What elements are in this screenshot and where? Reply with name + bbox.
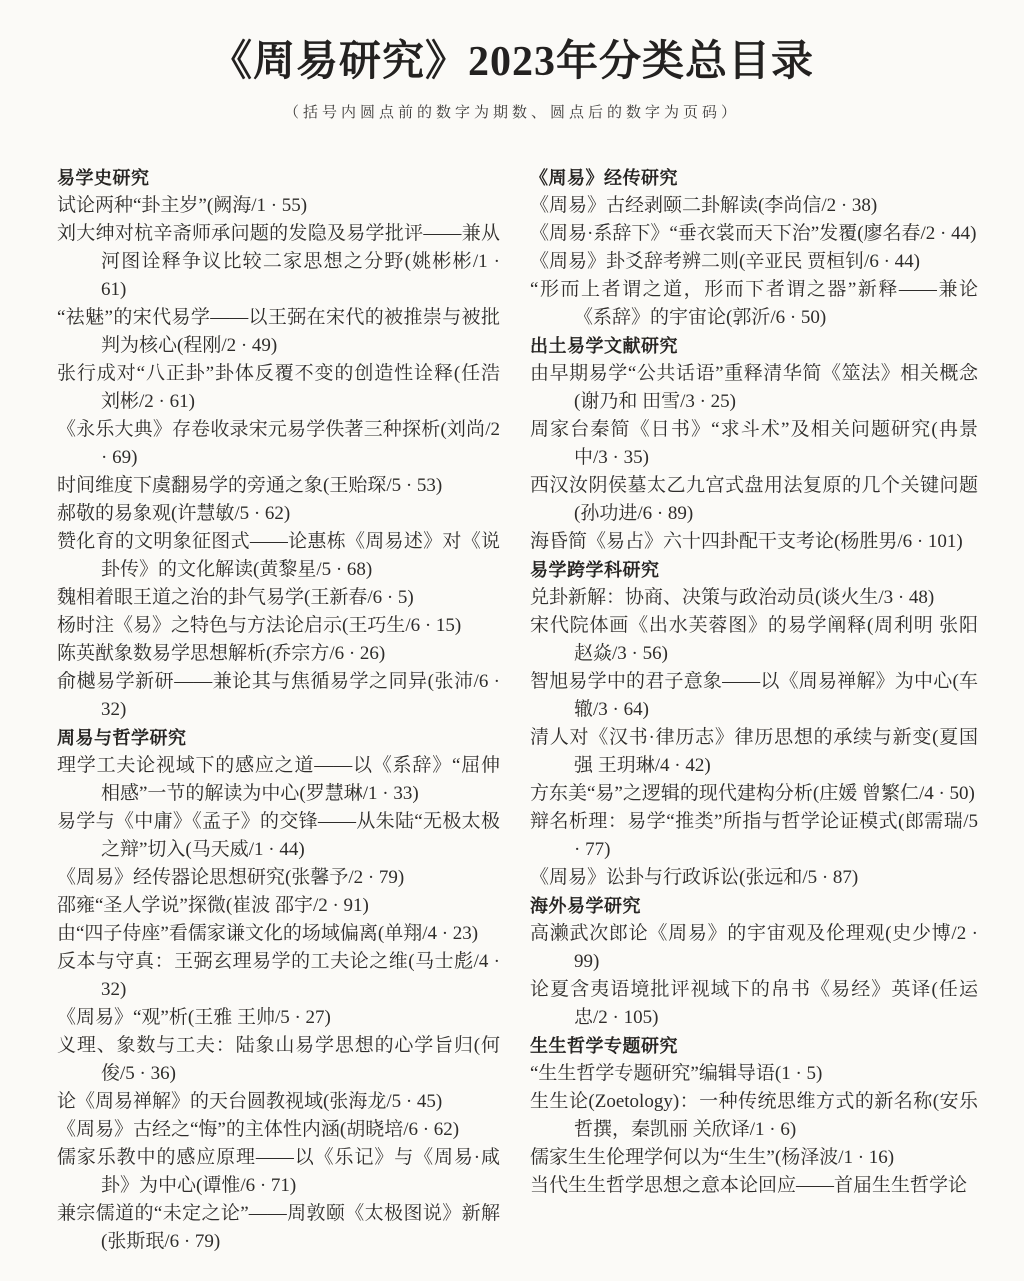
page-title: 《周易研究》2023年分类总目录 [0,0,1024,88]
section-heading: 生生哲学专题研究 [530,1032,978,1060]
toc-entry: 魏相着眼王道之治的卦气易学(王新春/6 · 5) [57,584,500,612]
toc-entry: 儒家生生伦理学何以为“生生”(杨泽波/1 · 16) [530,1144,978,1172]
toc-entry: 俞樾易学新研——兼论其与焦循易学之同异(张沛/6 · 32) [57,668,500,724]
section-heading: 海外易学研究 [530,892,978,920]
toc-entry: 《周易》古经之“悔”的主体性内涵(胡晓培/6 · 62) [57,1116,500,1144]
toc-entry: 论《周易禅解》的天台圆教视域(张海龙/5 · 45) [57,1088,500,1116]
toc-entry: 《周易》讼卦与行政诉讼(张远和/5 · 87) [530,864,978,892]
toc-entry: 时间维度下虞翻易学的旁通之象(王贻琛/5 · 53) [57,472,500,500]
toc-entry: 郝敬的易象观(许慧敏/5 · 62) [57,500,500,528]
toc-entry: 当代生生哲学思想之意本论回应——首届生生哲学论 [530,1172,978,1200]
toc-entry: 儒家乐教中的感应原理——以《乐记》与《周易·咸卦》为中心(谭惟/6 · 71) [57,1144,500,1200]
toc-entry: 赞化育的文明象征图式——论惠栋《周易述》对《说卦传》的文化解读(黄黎星/5 · … [57,528,500,584]
toc-entry: 方东美“易”之逻辑的现代建构分析(庄媛 曾繁仁/4 · 50) [530,780,978,808]
page-subtitle: （括号内圆点前的数字为期数、圆点后的数字为页码） [0,101,1024,122]
section-heading: 周易与哲学研究 [57,724,500,752]
toc-entry: 理学工夫论视域下的感应之道——以《系辞》“屈伸相感”一节的解读为中心(罗慧琳/1… [57,752,500,808]
toc-entry: 《周易》“观”析(王雅 王帅/5 · 27) [57,1004,500,1032]
toc-columns: 易学史研究试论两种“卦主岁”(阙海/1 · 55)刘大绅对杭辛斋师承问题的发隐及… [0,164,1024,1256]
toc-entry: 《周易》经传器论思想研究(张馨予/2 · 79) [57,864,500,892]
toc-entry: 试论两种“卦主岁”(阙海/1 · 55) [57,192,500,220]
toc-entry: 由早期易学“公共话语”重释清华简《筮法》相关概念(谢乃和 田雪/3 · 25) [530,360,978,416]
toc-entry: 《周易》古经剥颐二卦解读(李尚信/2 · 38) [530,192,978,220]
toc-entry: 义理、象数与工夫：陆象山易学思想的心学旨归(何俊/5 · 36) [57,1032,500,1088]
toc-entry: 西汉汝阴侯墓太乙九宫式盘用法复原的几个关键问题(孙功进/6 · 89) [530,472,978,528]
toc-entry: 陈英猷象数易学思想解析(乔宗方/6 · 26) [57,640,500,668]
toc-entry: 宋代院体画《出水芙蓉图》的易学阐释(周利明 张阳 赵焱/3 · 56) [530,612,978,668]
section-heading: 易学史研究 [57,164,500,192]
toc-entry: 论夏含夷语境批评视域下的帛书《易经》英译(任运忠/2 · 105) [530,976,978,1032]
toc-entry: 《周易·系辞下》“垂衣裳而天下治”发覆(廖名春/2 · 44) [530,220,978,248]
toc-entry: 《周易》卦爻辞考辨二则(辛亚民 贾桓钊/6 · 44) [530,248,978,276]
toc-entry: 辩名析理：易学“推类”所指与哲学论证模式(郎需瑞/5 · 77) [530,808,978,864]
toc-entry: 刘大绅对杭辛斋师承问题的发隐及易学批评——兼从河图诠释争议比较二家思想之分野(姚… [57,220,500,304]
toc-entry: 杨时注《易》之特色与方法论启示(王巧生/6 · 15) [57,612,500,640]
toc-entry: 清人对《汉书·律历志》律历思想的承续与新变(夏国强 王玥琳/4 · 42) [530,724,978,780]
toc-entry: 高濑武次郎论《周易》的宇宙观及伦理观(史少博/2 · 99) [530,920,978,976]
toc-entry: 《永乐大典》存卷收录宋元易学佚著三种探析(刘尚/2 · 69) [57,416,500,472]
toc-entry: 易学与《中庸》《孟子》的交锋——从朱陆“无极太极之辩”切入(马天威/1 · 44… [57,808,500,864]
toc-entry: “生生哲学专题研究”编辑导语(1 · 5) [530,1060,978,1088]
section-heading: 《周易》经传研究 [530,164,978,192]
toc-entry: “祛魅”的宋代易学——以王弼在宋代的被推崇与被批判为核心(程刚/2 · 49) [57,304,500,360]
toc-entry: 生生论(Zoetology)：一种传统思维方式的新名称(安乐哲撰，秦凯丽 关欣译… [530,1088,978,1144]
toc-page: 《周易研究》2023年分类总目录 （括号内圆点前的数字为期数、圆点后的数字为页码… [0,0,1024,1281]
right-column: 《周易》经传研究《周易》古经剥颐二卦解读(李尚信/2 · 38)《周易·系辞下》… [530,164,978,1256]
left-column: 易学史研究试论两种“卦主岁”(阙海/1 · 55)刘大绅对杭辛斋师承问题的发隐及… [57,164,500,1256]
toc-entry: 海昏简《易占》六十四卦配干支考论(杨胜男/6 · 101) [530,528,978,556]
toc-entry: 反本与守真：王弼玄理易学的工夫论之维(马士彪/4 · 32) [57,948,500,1004]
toc-entry: 兑卦新解：协商、决策与政治动员(谈火生/3 · 48) [530,584,978,612]
toc-entry: 周家台秦简《日书》“求斗术”及相关问题研究(冉景中/3 · 35) [530,416,978,472]
section-heading: 出土易学文献研究 [530,332,978,360]
toc-entry: 兼宗儒道的“未定之论”——周敦颐《太极图说》新解(张斯珉/6 · 79) [57,1200,500,1256]
toc-entry: 张行成对“八正卦”卦体反覆不变的创造性诠释(任浩 刘彬/2 · 61) [57,360,500,416]
toc-entry: 邵雍“圣人学说”探微(崔波 邵宇/2 · 91) [57,892,500,920]
toc-entry: 智旭易学中的君子意象——以《周易禅解》为中心(车辙/3 · 64) [530,668,978,724]
section-heading: 易学跨学科研究 [530,556,978,584]
toc-entry: 由“四子侍座”看儒家谦文化的场域偏离(单翔/4 · 23) [57,920,500,948]
toc-entry: “形而上者谓之道，形而下者谓之器”新释——兼论《系辞》的宇宙论(郭沂/6 · 5… [530,276,978,332]
